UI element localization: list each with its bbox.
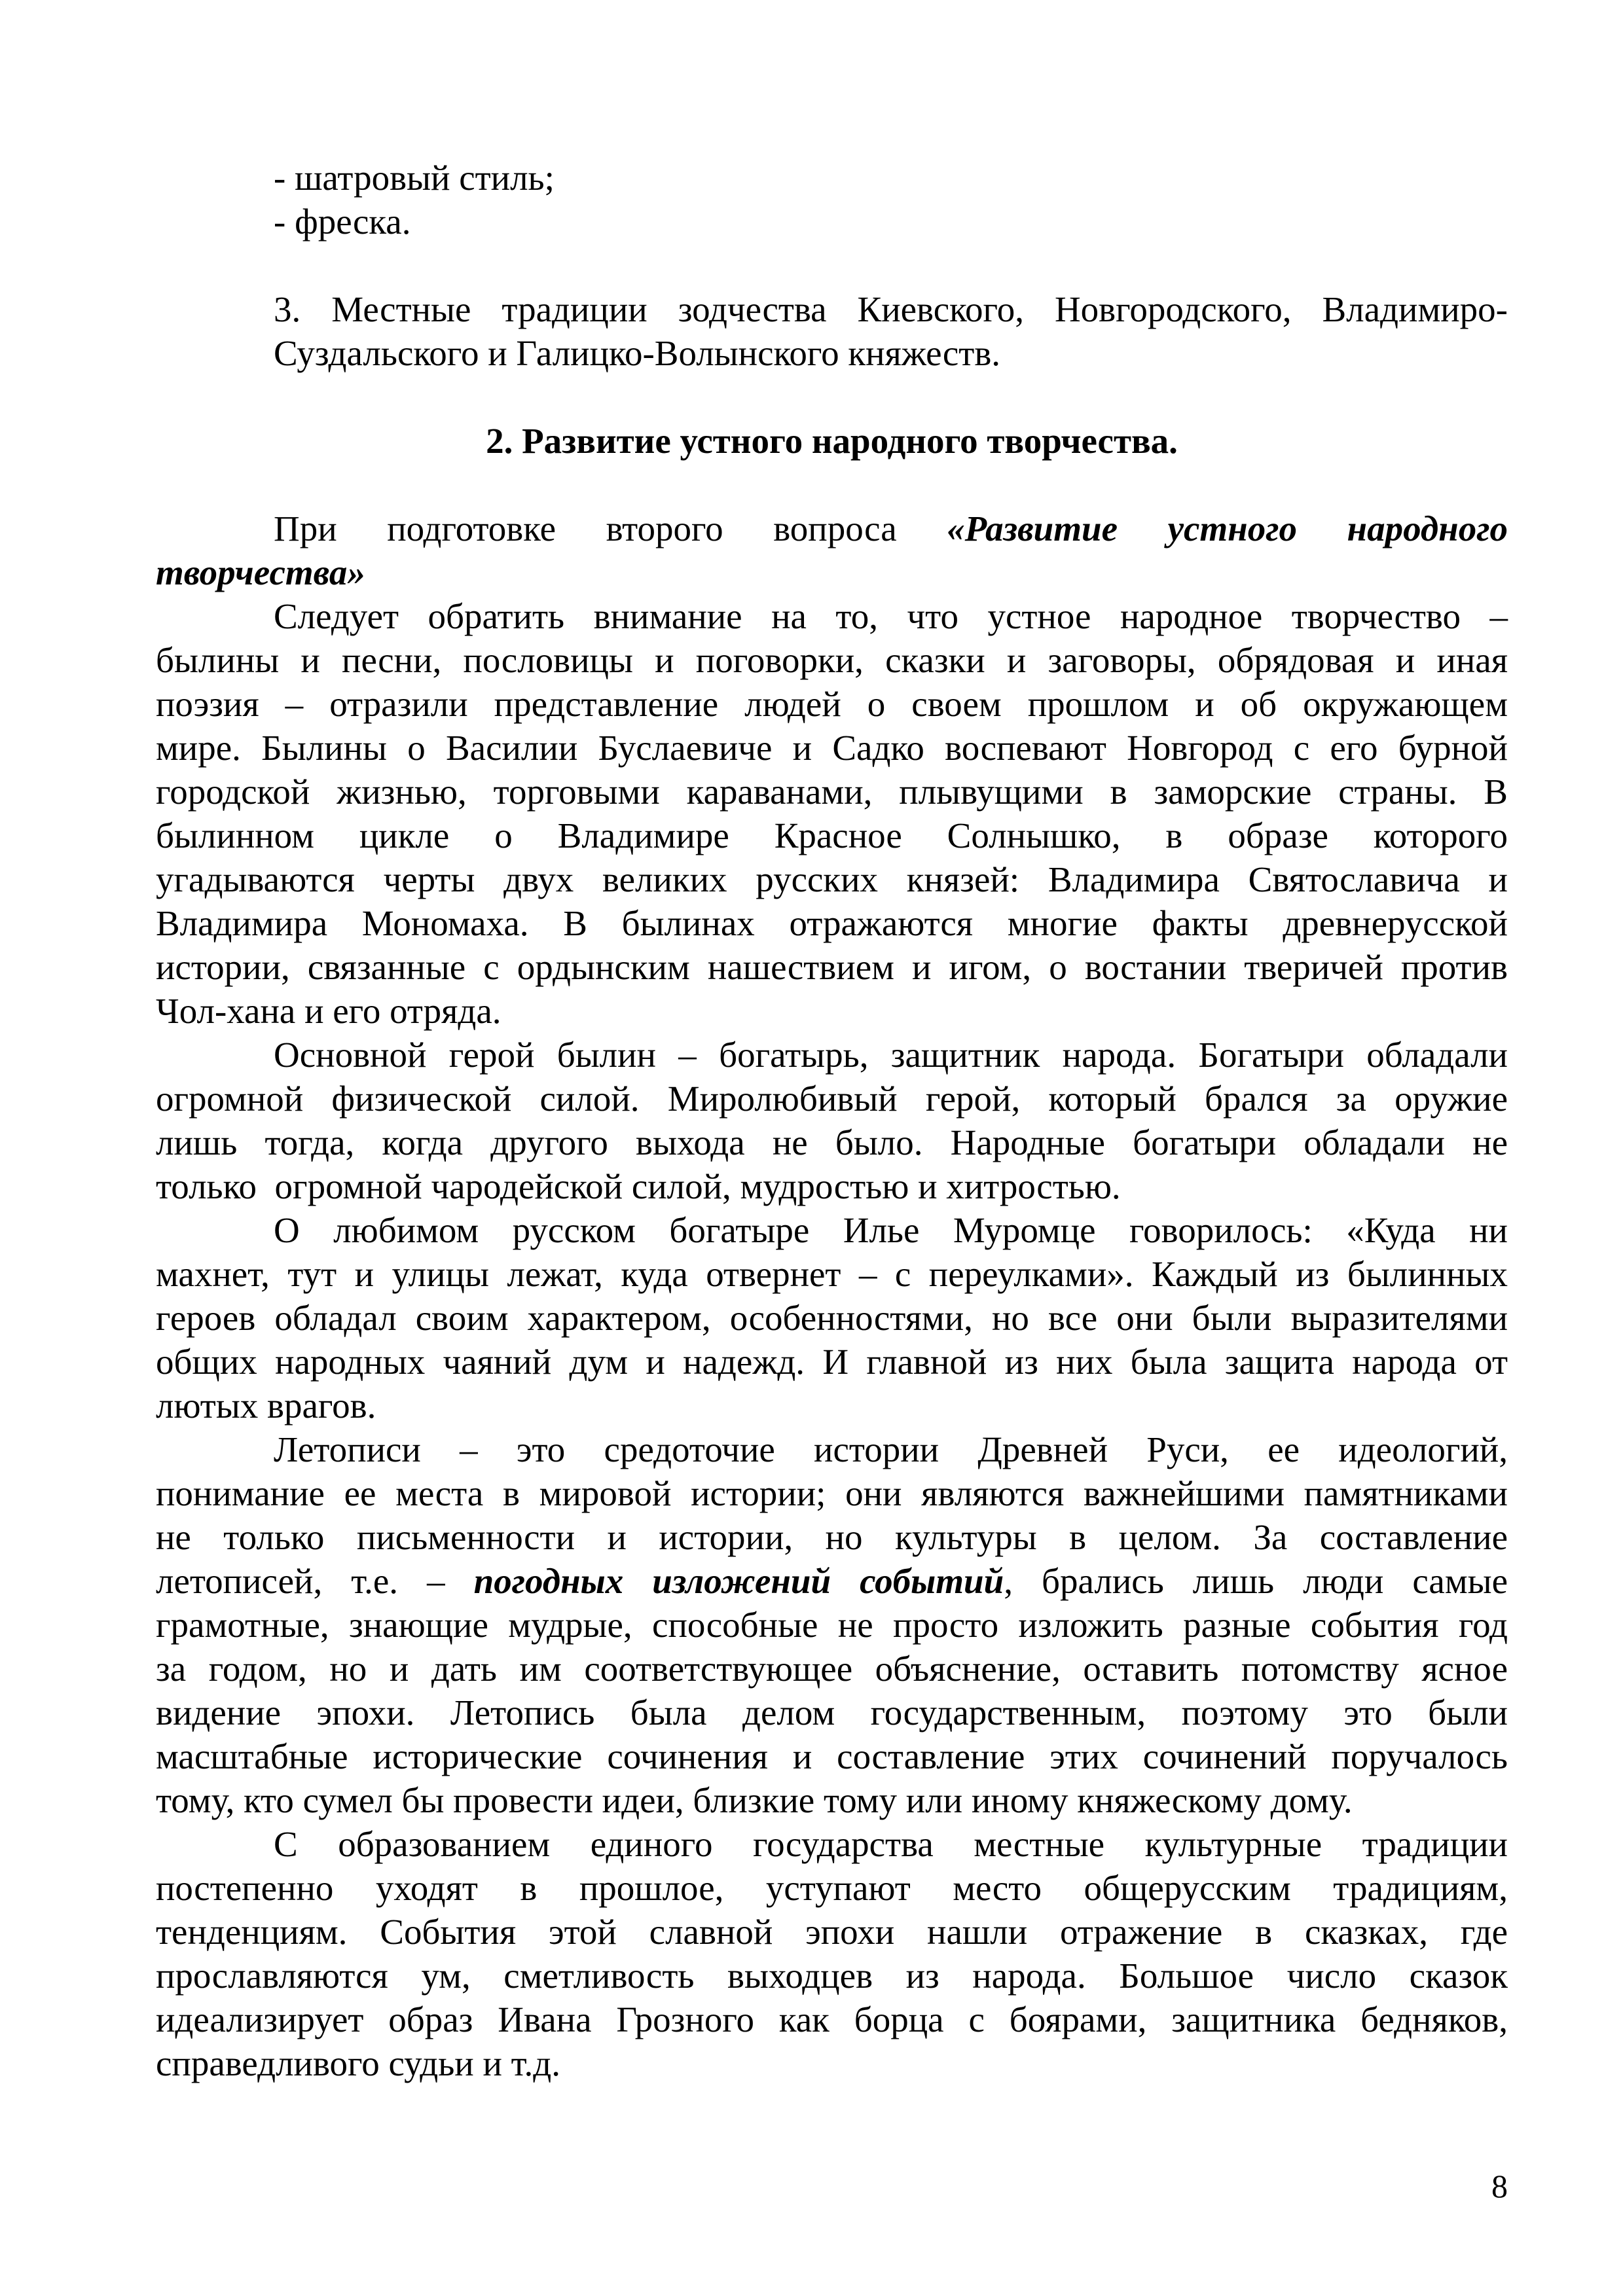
text-run: Суздальского и Галицко-Волынского княжес… xyxy=(274,333,1000,373)
text-line: за годом, но и дать им соответствующее о… xyxy=(156,1647,1508,1691)
text-line: - фреска. xyxy=(274,200,1508,243)
text-line: идеализирует образ Ивана Грозного как бо… xyxy=(156,1998,1508,2041)
section-heading: 2. Развитие устного народного творчества… xyxy=(156,419,1508,463)
text-run: былины и песни, пословицы и поговорки, с… xyxy=(156,640,1508,680)
text-line: тому, кто сумел бы провести идеи, близки… xyxy=(156,1778,1508,1822)
text-line: 3. Местные традиции зодчества Киевского,… xyxy=(274,287,1508,331)
text-run: погодных изложений событий xyxy=(474,1561,1004,1601)
text-run: 2. Развитие устного народного творчества… xyxy=(486,421,1178,461)
text-line: истории, связанные с ордынским нашествие… xyxy=(156,945,1508,989)
text-line: городской жизнью, торговыми караванами, … xyxy=(156,770,1508,814)
text-run: 3. Местные традиции зодчества Киевского,… xyxy=(274,289,1508,329)
text-line: постепенно уходят в прошлое, уступают ме… xyxy=(156,1866,1508,1910)
text-run: тенденциям. События этой славной эпохи н… xyxy=(156,1912,1508,1952)
text-run: понимание ее места в мировой истории; он… xyxy=(156,1473,1508,1513)
spacer-line xyxy=(156,463,1508,507)
document-page: - шатровый стиль;- фреска.3. Местные тра… xyxy=(0,0,1623,2296)
text-run: Чол-хана и его отряда. xyxy=(156,991,501,1031)
text-line: поэзия – отразили представление людей о … xyxy=(156,682,1508,726)
text-line: Летописи – это средоточие истории Древне… xyxy=(274,1427,1508,1471)
text-run: О любимом русском богатыре Илье Муромце … xyxy=(274,1210,1508,1250)
text-run: летописей, т.е. – xyxy=(156,1561,474,1601)
text-run: огромной физической силой. Миролюбивый г… xyxy=(156,1079,1508,1119)
text-run: только огромной чародейской силой, мудро… xyxy=(156,1166,1121,1206)
text-run: поэзия – отразили представление людей о … xyxy=(156,684,1508,724)
text-line: При подготовке второго вопроса «Развитие… xyxy=(274,507,1508,550)
text-run: справедливого судьи и т.д. xyxy=(156,2043,560,2083)
text-run: лишь тогда, когда другого выхода не было… xyxy=(156,1122,1508,1162)
text-line: прославляются ум, сметливость выходцев и… xyxy=(156,1954,1508,1998)
text-line: С образованием единого государства местн… xyxy=(274,1822,1508,1866)
text-run: махнет, тут и улицы лежат, куда отвернет… xyxy=(156,1254,1508,1294)
page-number: 8 xyxy=(1491,2166,1508,2206)
text-run: Летописи – это средоточие истории Древне… xyxy=(274,1429,1508,1469)
text-run: - шатровый стиль; xyxy=(274,158,555,198)
text-run: При подготовке второго вопроса xyxy=(274,509,947,548)
text-line: не только письменности и истории, но кул… xyxy=(156,1515,1508,1559)
text-run: «Развитие устного народного xyxy=(947,509,1508,548)
text-run: масштабные исторические сочинения и сост… xyxy=(156,1736,1508,1776)
text-line: мире. Былины о Василии Буслаевиче и Садк… xyxy=(156,726,1508,770)
text-line: Следует обратить внимание на то, что уст… xyxy=(274,594,1508,638)
text-run: истории, связанные с ордынским нашествие… xyxy=(156,947,1508,987)
text-line: махнет, тут и улицы лежат, куда отвернет… xyxy=(156,1252,1508,1296)
text-run: видение эпохи. Летопись была делом госуд… xyxy=(156,1693,1508,1732)
text-run: за годом, но и дать им соответствующее о… xyxy=(156,1649,1508,1689)
text-line: тенденциям. События этой славной эпохи н… xyxy=(156,1910,1508,1954)
text-line: грамотные, знающие мудрые, способные не … xyxy=(156,1603,1508,1647)
text-run: мире. Былины о Василии Буслаевиче и Садк… xyxy=(156,728,1508,768)
text-line: лютых врагов. xyxy=(156,1384,1508,1427)
text-run: лютых врагов. xyxy=(156,1386,376,1426)
spacer-line xyxy=(156,375,1508,419)
text-run: - фреска. xyxy=(274,202,410,242)
text-run: постепенно уходят в прошлое, уступают ме… xyxy=(156,1868,1508,1908)
text-run: творчества» xyxy=(156,552,365,592)
text-run: грамотные, знающие мудрые, способные не … xyxy=(156,1605,1508,1645)
text-run: Следует обратить внимание на то, что уст… xyxy=(274,596,1508,636)
text-line: Суздальского и Галицко-Волынского княжес… xyxy=(274,331,1508,375)
text-line: былинном цикле о Владимире Красное Солны… xyxy=(156,814,1508,857)
document-body: - шатровый стиль;- фреска.3. Местные тра… xyxy=(156,156,1508,2085)
text-run: Владимира Мономаха. В былинах отражаются… xyxy=(156,903,1508,943)
text-line: справедливого судьи и т.д. xyxy=(156,2041,1508,2085)
text-line: угадываются черты двух великих русских к… xyxy=(156,857,1508,901)
text-line: видение эпохи. Летопись была делом госуд… xyxy=(156,1691,1508,1734)
text-run: угадываются черты двух великих русских к… xyxy=(156,859,1508,899)
text-run: общих народных чаяний дум и надежд. И гл… xyxy=(156,1342,1508,1382)
text-line: О любимом русском богатыре Илье Муромце … xyxy=(274,1208,1508,1252)
text-run: прославляются ум, сметливость выходцев и… xyxy=(156,1956,1508,1996)
text-line: общих народных чаяний дум и надежд. И гл… xyxy=(156,1340,1508,1384)
text-run: героев обладал своим характером, особенн… xyxy=(156,1298,1508,1338)
text-run: городской жизнью, торговыми караванами, … xyxy=(156,772,1508,812)
text-line: масштабные исторические сочинения и сост… xyxy=(156,1734,1508,1778)
text-line: Основной герой былин – богатырь, защитни… xyxy=(274,1033,1508,1077)
text-line: Владимира Мономаха. В былинах отражаются… xyxy=(156,901,1508,945)
text-line: огромной физической силой. Миролюбивый г… xyxy=(156,1077,1508,1121)
text-line: летописей, т.е. – погодных изложений соб… xyxy=(156,1559,1508,1603)
text-run: Основной герой былин – богатырь, защитни… xyxy=(274,1035,1508,1075)
text-line: понимание ее места в мировой истории; он… xyxy=(156,1471,1508,1515)
text-run: , брались лишь люди самые xyxy=(1004,1561,1508,1601)
text-run: былинном цикле о Владимире Красное Солны… xyxy=(156,816,1508,855)
text-line: только огромной чародейской силой, мудро… xyxy=(156,1164,1508,1208)
text-line: былины и песни, пословицы и поговорки, с… xyxy=(156,638,1508,682)
text-line: - шатровый стиль; xyxy=(274,156,1508,200)
text-line: Чол-хана и его отряда. xyxy=(156,989,1508,1033)
text-line: лишь тогда, когда другого выхода не было… xyxy=(156,1121,1508,1164)
spacer-line xyxy=(156,243,1508,287)
text-run: С образованием единого государства местн… xyxy=(274,1824,1508,1864)
text-line: героев обладал своим характером, особенн… xyxy=(156,1296,1508,1340)
text-run: идеализирует образ Ивана Грозного как бо… xyxy=(156,2000,1508,2039)
text-run: тому, кто сумел бы провести идеи, близки… xyxy=(156,1780,1353,1820)
text-run: не только письменности и истории, но кул… xyxy=(156,1517,1508,1557)
text-line: творчества» xyxy=(156,550,1508,594)
